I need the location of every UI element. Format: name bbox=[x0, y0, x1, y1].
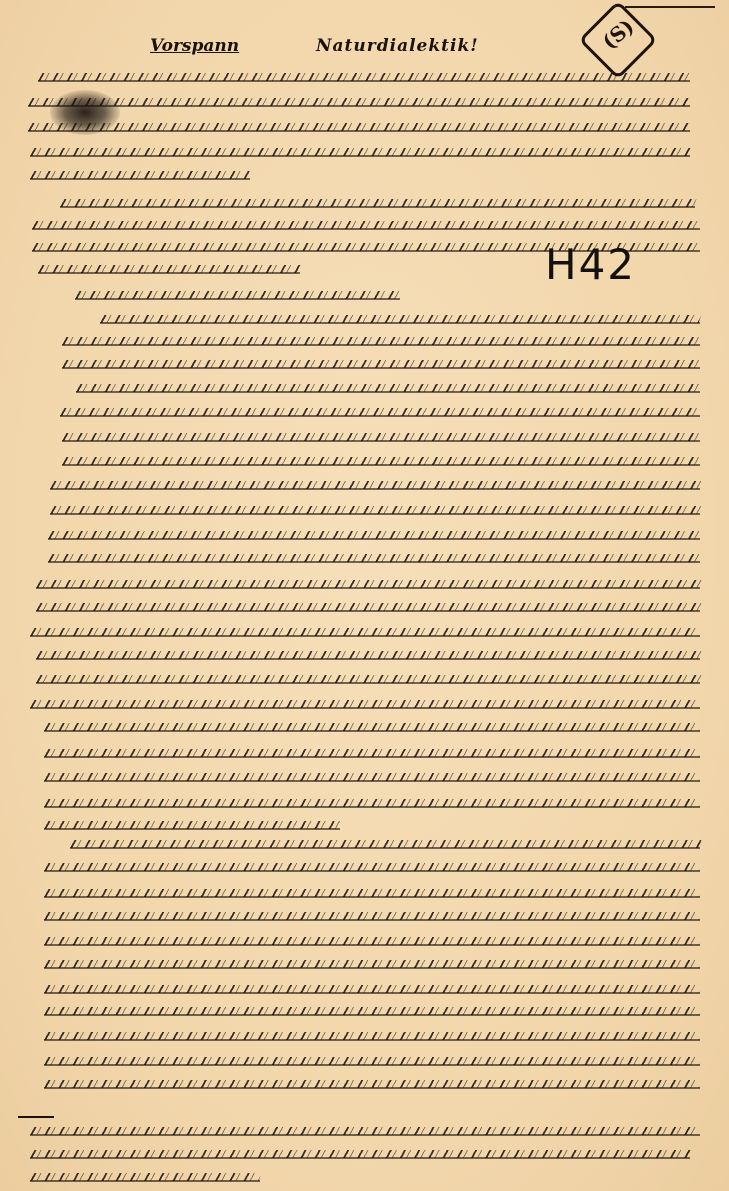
handwritten-line bbox=[60, 196, 695, 210]
ink-baseline bbox=[38, 80, 690, 82]
header-left-word: Vorspann bbox=[150, 36, 239, 56]
ink-baseline bbox=[38, 272, 300, 274]
ink-baseline bbox=[44, 780, 700, 782]
handwritten-line bbox=[100, 312, 700, 326]
handwritten-line bbox=[70, 837, 700, 851]
ink-baseline bbox=[60, 415, 700, 417]
handwritten-line bbox=[44, 1077, 700, 1091]
handwritten-line bbox=[32, 218, 700, 232]
ink-baseline bbox=[62, 440, 700, 442]
handwritten-line bbox=[44, 770, 700, 784]
handwritten-line bbox=[50, 503, 700, 517]
handwritten-line bbox=[44, 1029, 700, 1043]
ink-baseline bbox=[44, 967, 700, 969]
handwritten-line bbox=[44, 934, 700, 948]
ink-baseline bbox=[30, 178, 250, 180]
handwritten-line bbox=[28, 95, 690, 109]
handwritten-line bbox=[30, 697, 700, 711]
ink-baseline bbox=[44, 870, 700, 872]
handwritten-line bbox=[75, 288, 400, 302]
handwritten-line bbox=[60, 405, 700, 419]
handwritten-line bbox=[44, 982, 700, 996]
handwritten-line bbox=[44, 957, 700, 971]
handwritten-line bbox=[48, 528, 700, 542]
handwritten-line bbox=[30, 168, 250, 182]
handwritten-line bbox=[44, 818, 340, 832]
handwritten-line bbox=[76, 381, 700, 395]
ink-baseline bbox=[44, 1087, 700, 1089]
header-title: Naturdialektik! bbox=[316, 36, 479, 56]
handwritten-line bbox=[30, 145, 690, 159]
ink-baseline bbox=[30, 1180, 260, 1182]
handwritten-line bbox=[62, 430, 700, 444]
ink-baseline bbox=[44, 919, 700, 921]
ink-baseline bbox=[44, 828, 340, 830]
top-rule bbox=[625, 6, 715, 8]
ink-baseline bbox=[44, 730, 700, 732]
handwritten-line bbox=[44, 720, 700, 734]
handwritten-line bbox=[62, 454, 700, 468]
handwritten-line bbox=[44, 1054, 700, 1068]
handwritten-line bbox=[36, 577, 700, 591]
ink-baseline bbox=[50, 513, 700, 515]
handwritten-line bbox=[44, 860, 700, 874]
handwritten-line bbox=[28, 120, 690, 134]
ink-baseline bbox=[48, 538, 700, 540]
ink-baseline bbox=[30, 707, 700, 709]
ink-baseline bbox=[28, 130, 690, 132]
footnote-line bbox=[30, 1124, 700, 1138]
ink-baseline bbox=[100, 322, 700, 324]
ink-baseline bbox=[36, 658, 700, 660]
ink-baseline bbox=[70, 847, 700, 849]
ink-baseline bbox=[48, 561, 700, 563]
footnote-line bbox=[30, 1147, 690, 1161]
ink-baseline bbox=[44, 896, 700, 898]
ink-baseline bbox=[62, 367, 700, 369]
ink-baseline bbox=[44, 1039, 700, 1041]
ink-baseline bbox=[60, 206, 695, 208]
handwritten-line bbox=[30, 625, 700, 639]
ink-baseline bbox=[36, 587, 700, 589]
ink-baseline bbox=[50, 488, 700, 490]
ink-baseline bbox=[30, 635, 700, 637]
ink-baseline bbox=[44, 1064, 700, 1066]
footnote-rule bbox=[18, 1116, 54, 1118]
footnote-line bbox=[30, 1170, 260, 1184]
ink-baseline bbox=[44, 992, 700, 994]
handwritten-line bbox=[38, 70, 690, 84]
handwritten-line bbox=[44, 886, 700, 900]
handwritten-line bbox=[32, 240, 700, 254]
handwritten-line bbox=[62, 334, 700, 348]
handwritten-line bbox=[38, 262, 300, 276]
ink-baseline bbox=[30, 155, 690, 157]
ink-baseline bbox=[62, 344, 700, 346]
handwritten-line bbox=[44, 1004, 700, 1018]
ink-baseline bbox=[32, 228, 700, 230]
ink-baseline bbox=[44, 806, 700, 808]
handwritten-line bbox=[62, 357, 700, 371]
ink-baseline bbox=[76, 391, 700, 393]
handwritten-line bbox=[44, 909, 700, 923]
manuscript-page: (S) Vorspann Naturdialektik! H42 bbox=[0, 0, 729, 1191]
ink-baseline bbox=[62, 464, 700, 466]
ink-baseline bbox=[44, 1014, 700, 1016]
handwritten-line bbox=[44, 796, 700, 810]
ink-baseline bbox=[32, 250, 700, 252]
handwritten-line bbox=[36, 600, 700, 614]
ink-baseline bbox=[75, 298, 400, 300]
ink-baseline bbox=[44, 944, 700, 946]
handwritten-line bbox=[48, 551, 700, 565]
ink-baseline bbox=[28, 105, 690, 107]
ink-baseline bbox=[36, 610, 700, 612]
ink-baseline bbox=[30, 1157, 690, 1159]
handwritten-line bbox=[36, 672, 700, 686]
handwritten-line bbox=[50, 478, 700, 492]
ink-baseline bbox=[36, 682, 700, 684]
ink-baseline bbox=[30, 1134, 700, 1136]
handwritten-line bbox=[44, 746, 700, 760]
handwritten-line bbox=[36, 648, 700, 662]
ink-baseline bbox=[44, 756, 700, 758]
